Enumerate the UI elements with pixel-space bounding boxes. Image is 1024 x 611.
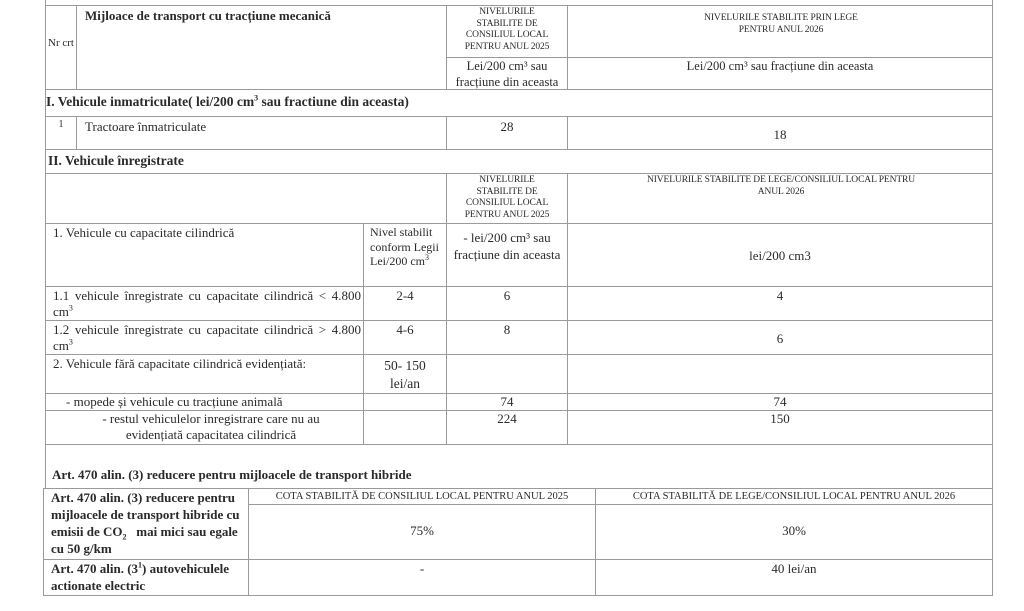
transport-title-header: Mijloace de transport cu tracțiune mecan… bbox=[76, 5, 447, 90]
hybrid-2026-value: 30% bbox=[596, 523, 992, 539]
sub1-label-cell: 1. Vehicule cu capacitate cilindrică bbox=[45, 223, 364, 287]
law-header-cell: Nivel stabilit conform Legii Lei/200 cm3 bbox=[363, 223, 447, 287]
nocc-row-law-cell bbox=[363, 393, 447, 411]
sub2-label-cell: 2. Vehicule fără capacitate cilindrică e… bbox=[45, 354, 364, 394]
cc-row-label: 1.1 vehicule înregistrate cu capacitate … bbox=[53, 288, 361, 319]
cc-row-2025: 6 bbox=[447, 288, 567, 304]
law-header: Nivel stabilit conform Legii Lei/200 cm3 bbox=[370, 225, 444, 269]
section-1-title: I. Vehicule inmatriculate( lei/200 cm3 s… bbox=[46, 94, 409, 110]
sub2-law-cell: 50- 150 lei/an bbox=[363, 354, 447, 394]
row-nr: 1 bbox=[46, 119, 76, 130]
cota-2026-label: COTA STABILITĂ DE LEGE/CONSILIUL LOCAL P… bbox=[596, 490, 992, 503]
cc-row-label-cell: 1.2 vehicule înregistrate cu capacitate … bbox=[45, 320, 364, 355]
cc-row-2025-cell: 6 bbox=[446, 286, 568, 321]
cc-row-label-cell: 1.1 vehicule înregistrate cu capacitate … bbox=[45, 286, 364, 321]
nocc-row-2026: 150 bbox=[568, 411, 992, 427]
sub2-law: 50- 150 lei/an bbox=[368, 357, 442, 393]
section-3-title: Art. 470 alin. (3) reducere pentru mijlo… bbox=[52, 467, 412, 483]
nocc-row-2025-cell: 224 bbox=[446, 410, 568, 445]
unit-2026-header: Lei/200 cm³ sau fracțiune din aceasta bbox=[567, 57, 993, 90]
cc-row-law: 4-6 bbox=[364, 322, 446, 338]
nocc-row-label-cell: - mopede și vehicule cu tracțiune animal… bbox=[45, 393, 364, 411]
section-2-title-row: II. Vehicule înregistrate bbox=[45, 149, 993, 174]
nocc-row-2026-cell: 150 bbox=[567, 410, 993, 445]
row-tractoare-label: Tractoare înmatriculate bbox=[76, 116, 447, 150]
sub2-label: 2. Vehicule fără capacitate cilindrică e… bbox=[53, 356, 306, 372]
electric-label-cell: Art. 470 alin. (31) autovehiculele actio… bbox=[43, 559, 249, 596]
row-tractoare-2026: 18 bbox=[567, 116, 993, 150]
electric-2026-value: 40 lei/an bbox=[596, 561, 992, 577]
value-2025: 28 bbox=[447, 119, 567, 135]
section-2-header-2025-label: NIVELURILE STABILITE DE CONSILIUL LOCAL … bbox=[455, 175, 559, 221]
nocc-row-2026: 74 bbox=[568, 394, 992, 410]
header-2025-label: NIVELURILE STABILITE DE CONSILIUL LOCAL … bbox=[455, 7, 559, 53]
sub1-unit-2026: lei/200 cm3 bbox=[567, 223, 993, 287]
cc-row-2025: 8 bbox=[447, 322, 567, 338]
hybrid-2025-cell: 75% bbox=[248, 504, 596, 560]
cota-2025-label: COTA STABILITĂ DE CONSILIUL LOCAL PENTRU… bbox=[249, 490, 595, 503]
nocc-row-2026-cell: 74 bbox=[567, 393, 993, 411]
cc-row-2026: 4 bbox=[568, 288, 992, 304]
section-2-header-2026: NIVELURILE STABILITE DE LEGE/CONSILIUL L… bbox=[567, 173, 993, 224]
cc-row-2026-cell: 4 bbox=[567, 286, 993, 321]
cc-row-2026-cell: 6 bbox=[567, 320, 993, 355]
hybrid-2025-value: 75% bbox=[249, 523, 595, 539]
section-1-title-row: I. Vehicule inmatriculate( lei/200 cm3 s… bbox=[45, 89, 993, 117]
transport-title: Mijloace de transport cu tracțiune mecan… bbox=[85, 8, 331, 24]
nocc-row-label: - restul vehiculelor inregistrare care n… bbox=[86, 411, 336, 442]
cc-row-2026: 6 bbox=[568, 331, 992, 347]
header-2026: NIVELURILE STABILITE PRIN LEGE PENTRU AN… bbox=[567, 5, 993, 58]
sub1-label: 1. Vehicule cu capacitate cilindrică bbox=[53, 225, 234, 241]
sub1-unit-2025-label: - lei/200 cm³ sau fracțiune din aceasta bbox=[453, 229, 561, 263]
nr-crt-header: Nr crt bbox=[45, 5, 77, 90]
hybrid-label-cell: Art. 470 alin. (3) reducere pentru mijlo… bbox=[43, 488, 249, 560]
header-2025: NIVELURILE STABILITE DE CONSILIUL LOCAL … bbox=[446, 5, 568, 58]
section-2-header-2025: NIVELURILE STABILITE DE CONSILIUL LOCAL … bbox=[446, 173, 568, 224]
sub1-unit-2026-label: lei/200 cm3 bbox=[568, 248, 992, 264]
electric-2025-cell: - bbox=[248, 559, 596, 596]
unit-2025-header: Lei/200 cm³ sau fracțiune din aceasta bbox=[446, 57, 568, 90]
nocc-row-label-cell: - restul vehiculelor inregistrare care n… bbox=[45, 410, 364, 445]
electric-2025-value: - bbox=[249, 561, 595, 577]
sub1-unit-2025: - lei/200 cm³ sau fracțiune din aceasta bbox=[446, 223, 568, 287]
cc-row-law-cell: 2-4 bbox=[363, 286, 447, 321]
nocc-row-label: - mopede și vehicule cu tracțiune animal… bbox=[66, 394, 356, 410]
cc-row-label: 1.2 vehicule înregistrate cu capacitate … bbox=[53, 322, 361, 353]
sub2-2025-cell bbox=[446, 354, 568, 394]
section-2-title: II. Vehicule înregistrate bbox=[48, 153, 184, 169]
row-tractoare-nr: 1 bbox=[45, 116, 77, 150]
electric-2026-cell: 40 lei/an bbox=[595, 559, 993, 596]
header-2026-label: NIVELURILE STABILITE PRIN LEGE PENTRU AN… bbox=[688, 13, 874, 36]
unit-2025-label: Lei/200 cm³ sau fracțiune din aceasta bbox=[449, 59, 565, 90]
section-2-blank-header bbox=[45, 173, 447, 224]
cota-2026-header: COTA STABILITĂ DE LEGE/CONSILIUL LOCAL P… bbox=[595, 488, 993, 505]
nocc-row-2025: 224 bbox=[447, 411, 567, 427]
electric-label: Art. 470 alin. (31) autovehiculele actio… bbox=[51, 560, 249, 594]
cc-row-law: 2-4 bbox=[364, 288, 446, 304]
hybrid-label: Art. 470 alin. (3) reducere pentru mijlo… bbox=[51, 489, 247, 557]
cc-row-law-cell: 4-6 bbox=[363, 320, 447, 355]
value-2026: 18 bbox=[568, 127, 992, 143]
section-2-header-2026-label: NIVELURILE STABILITE DE LEGE/CONSILIUL L… bbox=[638, 175, 924, 198]
cota-2025-header: COTA STABILITĂ DE CONSILIUL LOCAL PENTRU… bbox=[248, 488, 596, 505]
nocc-row-2025: 74 bbox=[447, 394, 567, 410]
nocc-row-law-cell bbox=[363, 410, 447, 445]
sub2-2026-cell bbox=[567, 354, 993, 394]
unit-2026-label: Lei/200 cm³ sau fracțiune din aceasta bbox=[568, 59, 992, 75]
hybrid-2026-cell: 30% bbox=[595, 504, 993, 560]
cc-row-2025-cell: 8 bbox=[446, 320, 568, 355]
nr-crt-label: Nr crt bbox=[48, 36, 74, 51]
row-tractoare-2025: 28 bbox=[446, 116, 568, 150]
row-label: Tractoare înmatriculate bbox=[85, 119, 206, 135]
section-3-title-row: Art. 470 alin. (3) reducere pentru mijlo… bbox=[45, 444, 993, 489]
nocc-row-2025-cell: 74 bbox=[446, 393, 568, 411]
